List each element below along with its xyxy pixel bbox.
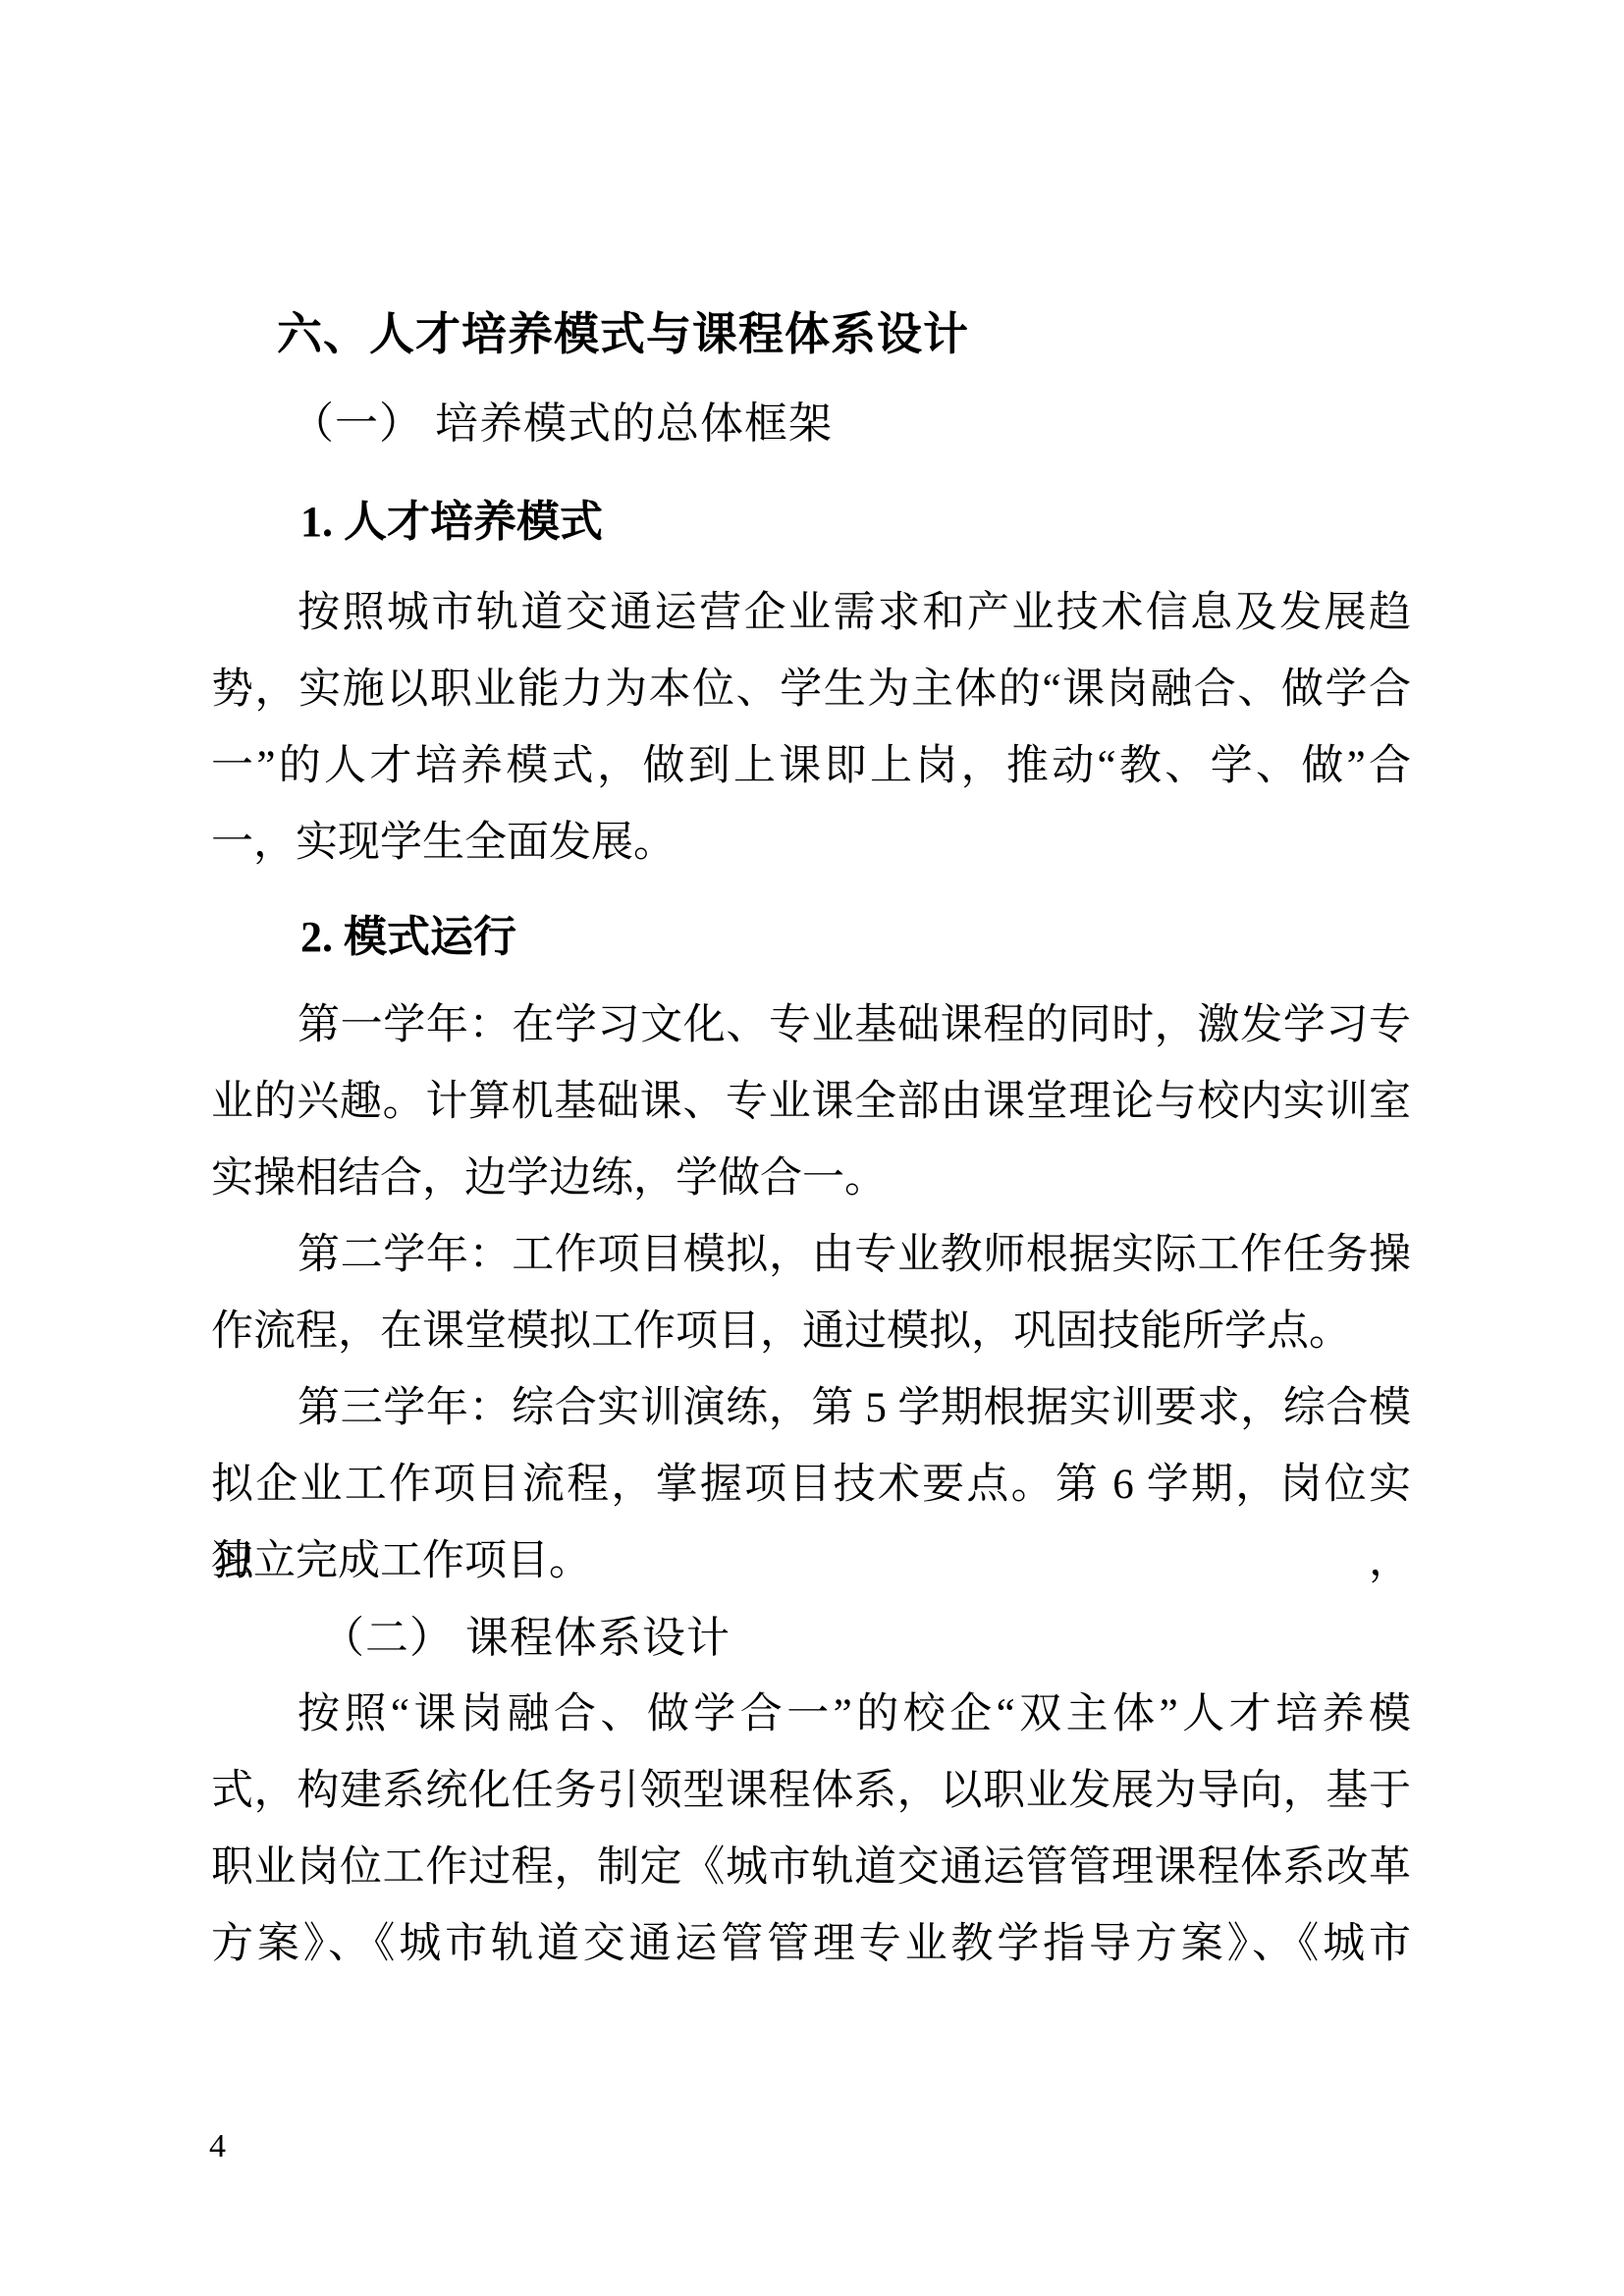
paragraph-year-3: 第三学年：综合实训演练，第 5 学期根据实训要求，综合模 拟企业工作项目流程，掌…: [211, 1370, 1411, 1600]
text-line: 一”的人才培养模式，做到上课即上岗，推动“教、学、做”合: [211, 728, 1411, 805]
text-line: 势，实施以职业能力为本位、学生为主体的“课岗融合、做学合: [211, 652, 1411, 728]
text-line: 式，构建系统化任务引领型课程体系，以职业发展为导向，基于: [211, 1753, 1411, 1830]
document-body: 六、人才培养模式与课程体系设计 （一） 培养模式的总体框架 1. 人才培养模式 …: [211, 295, 1411, 1983]
text-line: 按照城市轨道交通运营企业需求和产业技术信息及发展趋: [211, 575, 1411, 652]
text-line: 第三学年：综合实训演练，第 5 学期根据实训要求，综合模: [211, 1370, 1411, 1447]
subsection-heading-1: 1. 人才培养模式: [211, 484, 1411, 561]
subsection-heading-2: 2. 模式运行: [211, 899, 1411, 976]
text-line: 拟企业工作项目流程，掌握项目技术要点。第 6 学期，岗位实习，: [211, 1447, 1411, 1523]
paragraph-year-1: 第一学年：在学习文化、专业基础课程的同时，激发学习专 业的兴趣。计算机基础课、专…: [211, 988, 1411, 1217]
text-line: 第二学年：工作项目模拟，由专业教师根据实际工作任务操: [211, 1217, 1411, 1294]
paragraph-curriculum: 按照“课岗融合、做学合一”的校企“双主体”人才培养模 式，构建系统化任务引领型课…: [211, 1677, 1411, 1983]
document-page: 六、人才培养模式与课程体系设计 （一） 培养模式的总体框架 1. 人才培养模式 …: [0, 0, 1624, 2296]
section-heading-2: （二） 课程体系设计: [211, 1600, 1411, 1677]
chapter-heading: 六、人才培养模式与课程体系设计: [211, 295, 1411, 372]
paragraph-training-mode: 按照城市轨道交通运营企业需求和产业技术信息及发展趋 势，实施以职业能力为本位、学…: [211, 575, 1411, 881]
paragraph-year-2: 第二学年：工作项目模拟，由专业教师根据实际工作任务操 作流程，在课堂模拟工作项目…: [211, 1217, 1411, 1370]
text-line: 方案》、《城市轨道交通运管管理专业教学指导方案》、《城市: [211, 1906, 1411, 1983]
text-line: 作流程，在课堂模拟工作项目，通过模拟，巩固技能所学点。: [211, 1294, 1411, 1370]
section-heading-1: （一） 培养模式的总体框架: [211, 386, 1411, 462]
page-number: 4: [209, 2130, 226, 2163]
text-line: 业的兴趣。计算机基础课、专业课全部由课堂理论与校内实训室: [211, 1064, 1411, 1141]
text-line: 实操相结合，边学边练，学做合一。: [211, 1141, 1411, 1217]
text-line: 一，实现学生全面发展。: [211, 805, 1411, 881]
text-line: 按照“课岗融合、做学合一”的校企“双主体”人才培养模: [211, 1677, 1411, 1753]
text-line: 职业岗位工作过程，制定《城市轨道交通运管管理课程体系改革: [211, 1830, 1411, 1906]
text-line: 第一学年：在学习文化、专业基础课程的同时，激发学习专: [211, 988, 1411, 1064]
